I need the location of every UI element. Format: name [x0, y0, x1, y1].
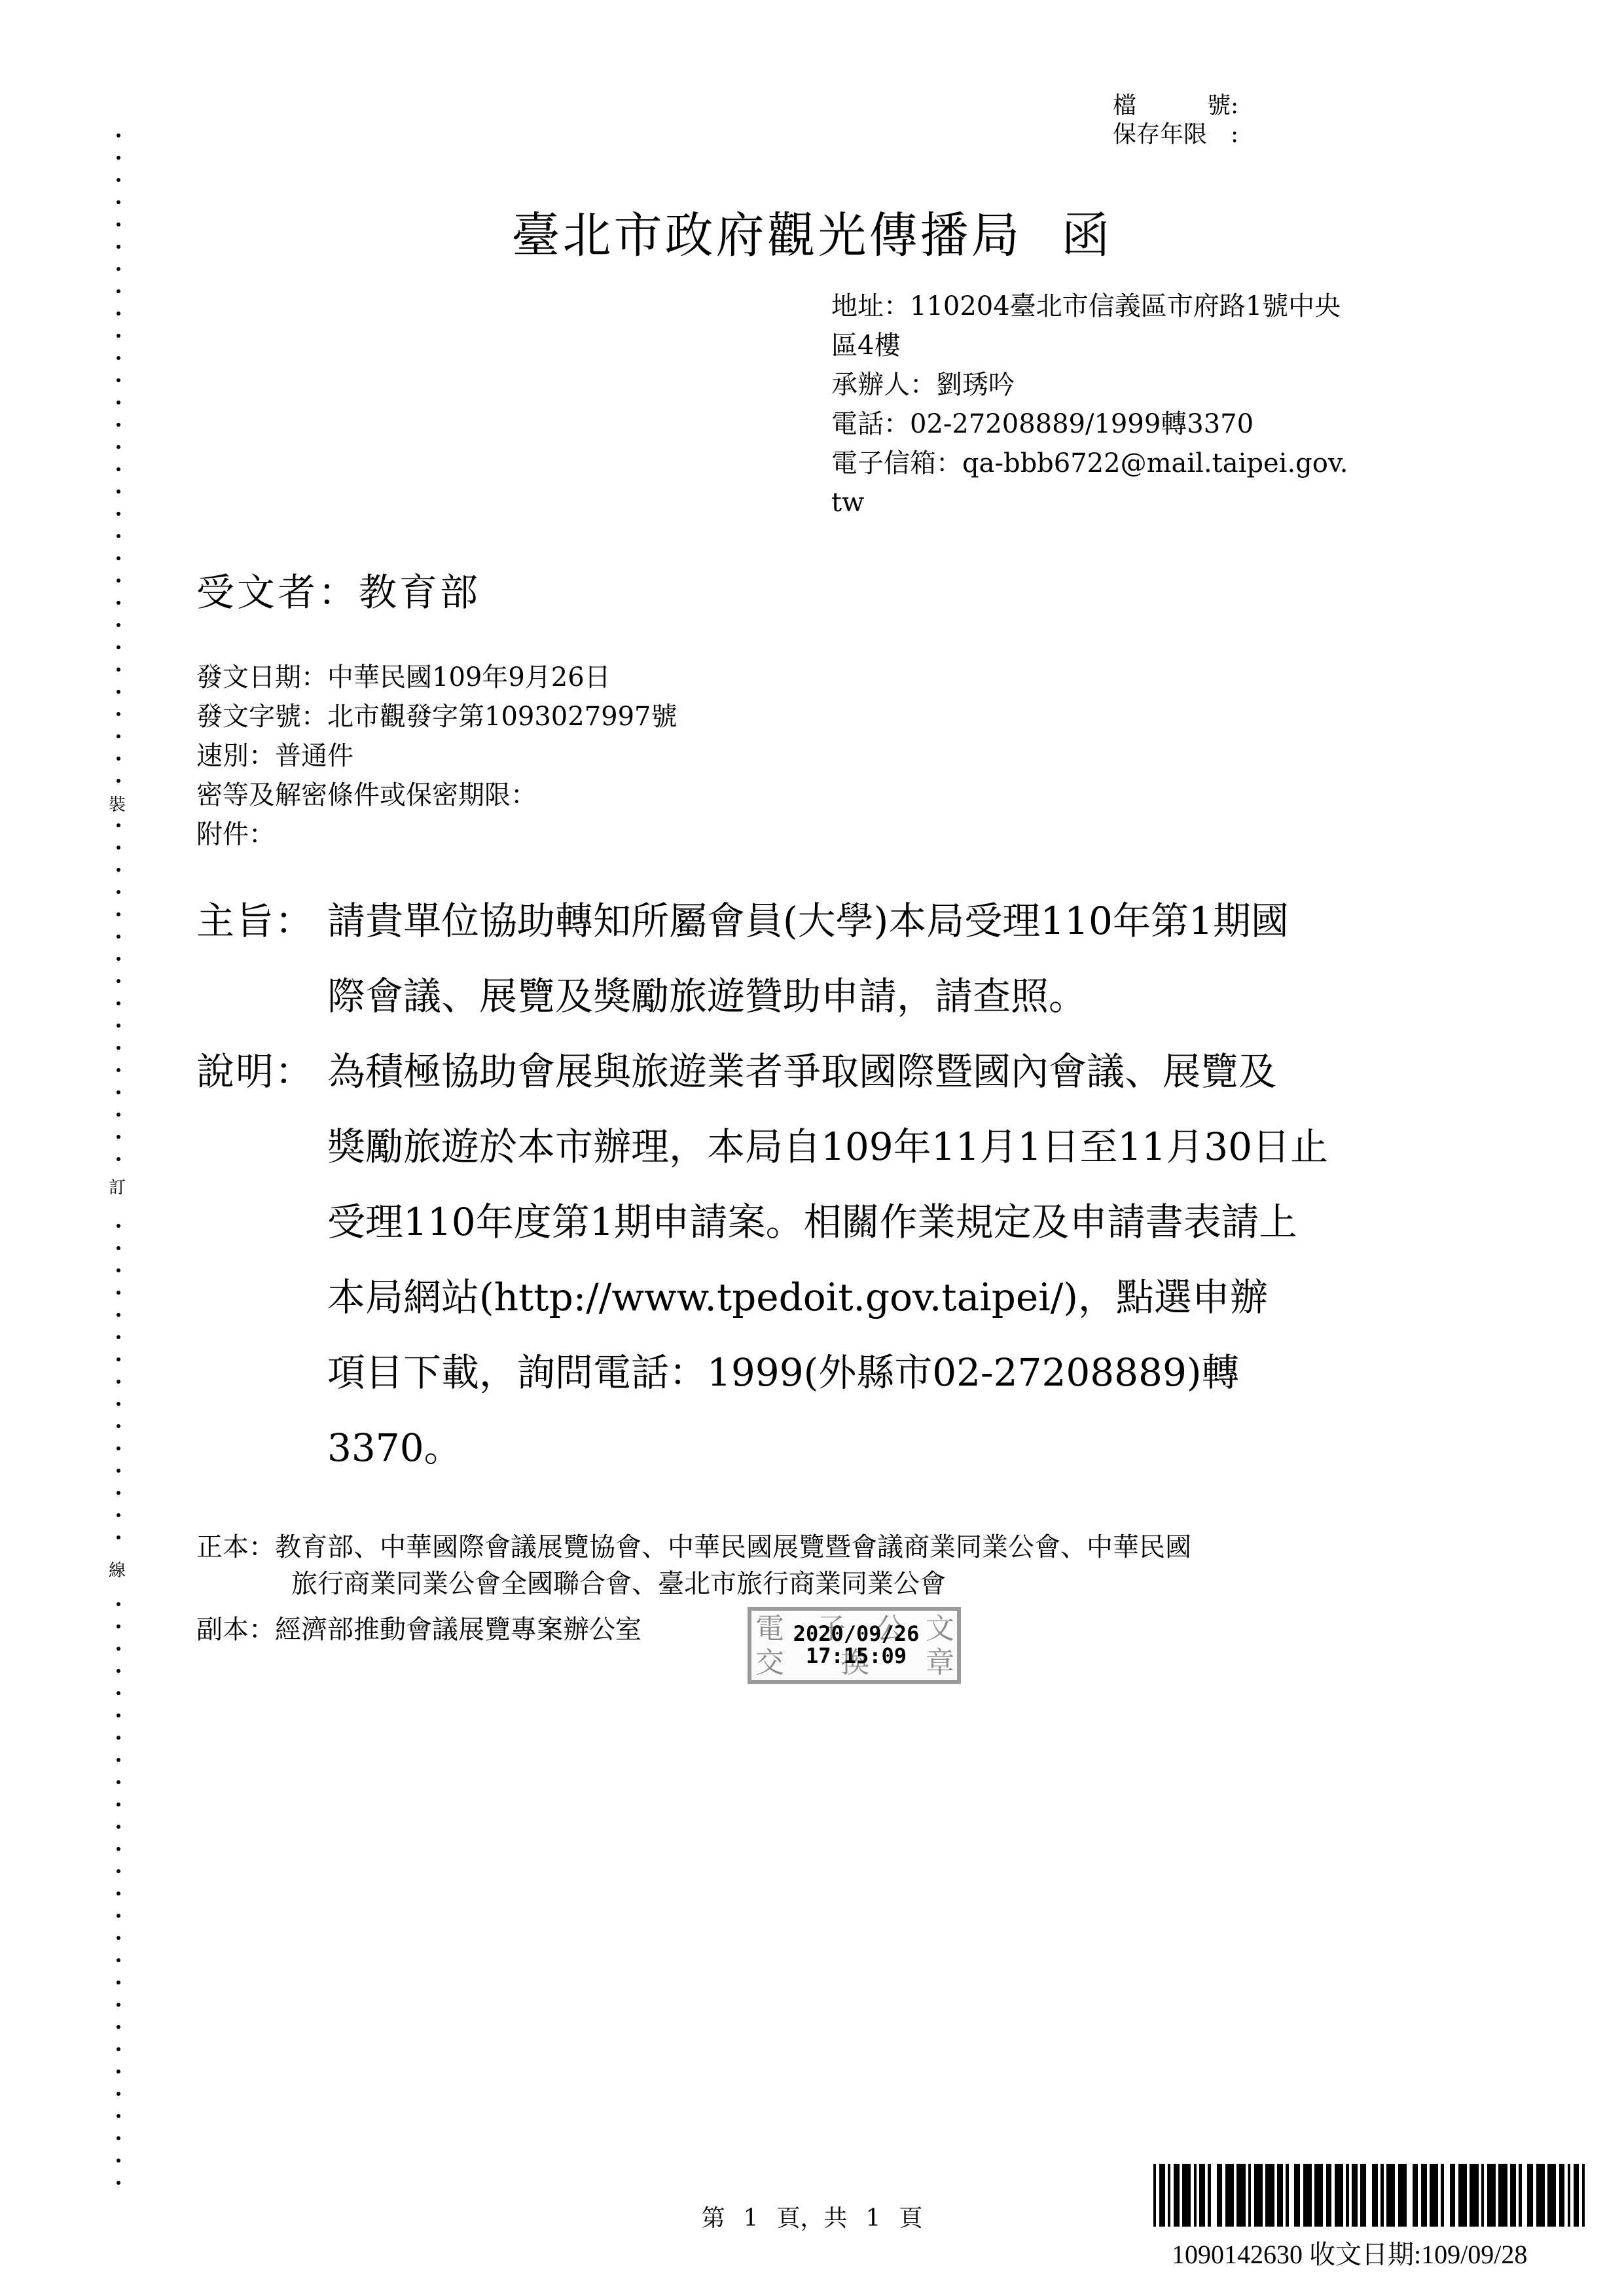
- email-line-2: tw: [831, 483, 1460, 522]
- margin-dot: [117, 512, 120, 516]
- binding-label-line: 線: [109, 1561, 126, 1581]
- margin-dot: [117, 1914, 120, 1918]
- subject-heading: 主旨：: [196, 884, 327, 959]
- classification: 密等及解密條件或保密期限：: [196, 776, 677, 815]
- stamp-timestamp: 2020/09/26 17:15:09: [778, 1623, 935, 1667]
- margin-dot: [117, 1224, 120, 1228]
- margin-dot: [117, 1647, 120, 1651]
- barcode-bar: [1182, 2164, 1191, 2227]
- barcode-space: [1289, 2164, 1295, 2227]
- margin-dot: [117, 579, 120, 583]
- barcode-bar: [1217, 2164, 1223, 2227]
- barcode-bar: [1303, 2164, 1312, 2227]
- binding-label-staple: 訂: [109, 1178, 126, 1198]
- margin-dot: [117, 1380, 120, 1384]
- margin-dot: [117, 1758, 120, 1762]
- stamp-time: 17:15:09: [778, 1645, 935, 1667]
- margin-dot: [117, 490, 120, 493]
- margin-dot: [117, 957, 120, 961]
- page-suffix: 頁: [899, 2205, 922, 2232]
- margin-dot: [117, 912, 120, 916]
- margin-dot: [117, 1357, 120, 1361]
- barcode-bar: [1450, 2164, 1456, 2227]
- margin-dot: [117, 979, 120, 983]
- margin-dot: [117, 1135, 120, 1139]
- barcode-bar: [1199, 2164, 1205, 2227]
- margin-dot: [117, 1780, 120, 1784]
- margin-dot: [117, 1291, 120, 1295]
- file-number-colon: :: [1231, 92, 1238, 120]
- agency-name: 臺北市政府觀光傳播局: [512, 207, 1022, 264]
- barcode-bar: [1574, 2164, 1579, 2227]
- original-heading: 正本：: [196, 1532, 275, 1562]
- subject-section: 主旨：請貴單位協助轉知所屬會員(大學)本局受理110年第1期國 際會議、展覽及獎…: [196, 884, 1289, 1034]
- margin-dot: [117, 2025, 120, 2029]
- margin-dot: [117, 1803, 120, 1806]
- margin-dot: [117, 1981, 120, 1984]
- binding-margin-dotted-line: [115, 131, 122, 2186]
- margin-dot: [117, 1424, 120, 1428]
- margin-dot: [117, 1402, 120, 1406]
- margin-dot: [117, 378, 120, 382]
- page-current: 1: [744, 2205, 759, 2232]
- margin-dot: [117, 601, 120, 605]
- margin-dot: [117, 1602, 120, 1606]
- margin-dot: [117, 1157, 120, 1161]
- barcode-space: [1444, 2164, 1450, 2227]
- margin-dot: [117, 1736, 120, 1740]
- margin-dot: [117, 1624, 120, 1628]
- barcode-space: [1522, 2164, 1528, 2227]
- original-recipients-line: 教育部、中華國際會議展覽協會、中華民國展覽暨會議商業同業公會、中華民國: [275, 1532, 1191, 1562]
- barcode-bar: [1470, 2164, 1478, 2227]
- margin-dot: [117, 2003, 120, 2007]
- barcode-bar: [1236, 2164, 1245, 2227]
- barcode-bar: [1559, 2164, 1565, 2227]
- margin-dot: [117, 935, 120, 939]
- copy-recipients: 經濟部推動會議展覽專案辦公室: [275, 1615, 641, 1645]
- barcode-bar: [1159, 2164, 1165, 2227]
- phone: 電話：02-27208889/1999轉3370: [831, 404, 1460, 444]
- handler: 承辦人：劉琇吟: [831, 365, 1460, 404]
- barcode-bar: [1386, 2164, 1395, 2227]
- explanation-line: 3370。: [327, 1426, 462, 1470]
- margin-dot: [117, 823, 120, 827]
- margin-dot: [117, 734, 120, 738]
- explanation-heading: 說明：: [196, 1034, 327, 1109]
- barcode-bar: [1372, 2164, 1378, 2227]
- issue-date: 發文日期：中華民國109年9月26日: [196, 658, 677, 697]
- margin-dot: [117, 1001, 120, 1005]
- explanation-line: 項目下載，詢問電話：1999(外縣市02-27208889)轉: [327, 1350, 1239, 1395]
- explanation-line: 受理110年度第1期申請案。相關作業規定及申請書表請上: [327, 1200, 1297, 1244]
- margin-dot: [117, 334, 120, 338]
- address-line-2: 區4樓: [831, 326, 1460, 365]
- margin-dot: [117, 868, 120, 872]
- margin-dot: [117, 846, 120, 850]
- barcode-bar: [1265, 2164, 1274, 2227]
- barcode-bar: [1582, 2164, 1585, 2227]
- subject-line: 際會議、展覽及獎勵旅遊贊助申請，請查照。: [327, 974, 1087, 1018]
- margin-dot: [117, 312, 120, 315]
- barcode-bar: [1174, 2164, 1180, 2227]
- margin-dot: [117, 2159, 120, 2162]
- barcode-bar: [1398, 2164, 1407, 2227]
- document-type: 函: [1062, 207, 1113, 264]
- page-prefix: 第: [702, 2205, 725, 2232]
- margin-dot: [117, 556, 120, 560]
- barcode-bar: [1547, 2164, 1556, 2227]
- page-mid: 頁，共: [776, 2205, 847, 2232]
- margin-dot: [117, 1513, 120, 1517]
- margin-dot: [117, 1669, 120, 1673]
- page-total: 1: [866, 2205, 881, 2232]
- explanation-section: 說明：為積極協助會展與旅遊業者爭取國際暨國內會議、展覽及 獎勵旅遊於本市辦理，本…: [196, 1034, 1328, 1486]
- barcode-space: [1407, 2164, 1413, 2227]
- margin-dot: [117, 289, 120, 293]
- margin-dot: [117, 1068, 120, 1072]
- document-number: 發文字號：北市觀發字第1093027997號: [196, 697, 677, 736]
- barcode-caption: 1090142630 收文日期:109/09/28: [1172, 2238, 1527, 2271]
- margin-dot: [117, 1958, 120, 1962]
- margin-dot: [117, 668, 120, 672]
- received-date: 收文日期:109/09/28: [1309, 2240, 1527, 2269]
- distribution-section: 正本：教育部、中華國際會議展覽協會、中華民國展覽暨會議商業同業公會、中華民國 旅…: [196, 1529, 1191, 1648]
- margin-dot: [117, 2070, 120, 2073]
- barcode: [1153, 2164, 1585, 2227]
- barcode-bar: [1487, 2164, 1496, 2227]
- margin-dot: [117, 712, 120, 716]
- copy-heading: 副本：: [196, 1615, 275, 1645]
- margin-dot: [117, 2092, 120, 2096]
- margin-dot: [117, 2114, 120, 2118]
- document-title: 臺北市政府觀光傳播局函: [0, 203, 1624, 268]
- margin-dot: [117, 156, 120, 160]
- margin-dot: [117, 1313, 120, 1317]
- margin-dot: [117, 690, 120, 694]
- barcode-bar: [1421, 2164, 1427, 2227]
- barcode-bar: [1225, 2164, 1234, 2227]
- margin-dot: [117, 1335, 120, 1339]
- barcode-bar: [1326, 2164, 1332, 2227]
- barcode-bar: [1498, 2164, 1507, 2227]
- barcode-bar: [1254, 2164, 1263, 2227]
- margin-dot: [117, 534, 120, 538]
- margin-dot: [117, 2181, 120, 2185]
- barcode-bar: [1360, 2164, 1366, 2227]
- margin-dot: [117, 1713, 120, 1717]
- margin-dot: [117, 1024, 120, 1028]
- file-number-label: 檔號: [1113, 92, 1231, 120]
- address-line-1: 地址：110204臺北市信義區市府路1號中央: [831, 287, 1460, 326]
- margin-dot: [117, 1535, 120, 1539]
- margin-dot: [117, 1869, 120, 1873]
- explanation-line: 為積極協助會展與旅遊業者爭取國際暨國內會議、展覽及: [327, 1049, 1276, 1094]
- margin-dot: [117, 1046, 120, 1050]
- barcode-bar: [1352, 2164, 1358, 2227]
- margin-dot: [117, 467, 120, 471]
- barcode-bar: [1510, 2164, 1516, 2227]
- urgency: 速別：普通件: [196, 736, 677, 776]
- attachments: 附件：: [196, 815, 677, 854]
- margin-dot: [117, 356, 120, 360]
- margin-dot: [117, 2136, 120, 2140]
- barcode-bar: [1277, 2164, 1283, 2227]
- margin-dot: [117, 401, 120, 404]
- margin-dot: [117, 757, 120, 761]
- barcode-bar: [1413, 2164, 1418, 2227]
- e-document-exchange-stamp: 電 子 公 文 交 換 章 2020/09/26 17:15:09: [748, 1607, 961, 1684]
- file-info-block: 檔號 : 保存年限 :: [1113, 92, 1238, 149]
- margin-dot: [117, 423, 120, 427]
- explanation-line: 本局網站(http://www.tpedoit.gov.taipei/)，點選申…: [327, 1275, 1268, 1319]
- retention-colon: :: [1231, 120, 1238, 149]
- barcode-number: 1090142630: [1172, 2240, 1303, 2269]
- margin-dot: [117, 623, 120, 627]
- margin-dot: [117, 1847, 120, 1851]
- margin-dot: [117, 1469, 120, 1473]
- margin-dot: [117, 890, 120, 894]
- retention-label: 保存年限: [1113, 120, 1231, 149]
- barcode-space: [1366, 2164, 1372, 2227]
- barcode-bar: [1430, 2164, 1438, 2227]
- margin-dot: [117, 134, 120, 137]
- original-recipients-line: 旅行商業同業公會全國聯合會、臺北市旅行商業同業公會: [291, 1569, 946, 1599]
- barcode-bar: [1335, 2164, 1343, 2227]
- barcode-bar: [1314, 2164, 1323, 2227]
- margin-dot: [117, 1090, 120, 1094]
- margin-dot: [117, 2047, 120, 2051]
- margin-dot: [117, 1892, 120, 1895]
- email-line-1: 電子信箱：qa-bbb6722@mail.taipei.gov.: [831, 444, 1460, 483]
- barcode-bar: [1527, 2164, 1533, 2227]
- barcode-bar: [1536, 2164, 1545, 2227]
- explanation-line: 獎勵旅遊於本市辦理，本局自109年11月1日至11月30日止: [327, 1124, 1328, 1169]
- recipient: 受文者：教育部: [196, 569, 480, 615]
- barcode-bar: [1294, 2164, 1300, 2227]
- margin-dot: [117, 1491, 120, 1495]
- margin-dot: [117, 1113, 120, 1117]
- margin-dot: [117, 779, 120, 783]
- margin-dot: [117, 1246, 120, 1250]
- margin-dot: [117, 1825, 120, 1829]
- margin-dot: [117, 1446, 120, 1450]
- margin-dot: [117, 1268, 120, 1272]
- margin-dot: [117, 445, 120, 449]
- subject-line: 請貴單位協助轉知所屬會員(大學)本局受理110年第1期國: [327, 899, 1289, 943]
- margin-dot: [117, 1691, 120, 1695]
- barcode-bar: [1458, 2164, 1467, 2227]
- margin-dot: [117, 645, 120, 649]
- binding-label-bind: 裝: [109, 795, 126, 815]
- barcode-space: [1211, 2164, 1217, 2227]
- margin-dot: [117, 178, 120, 182]
- contact-block: 地址：110204臺北市信義區市府路1號中央 區4樓 承辦人：劉琇吟 電話：02…: [831, 287, 1460, 522]
- document-metadata: 發文日期：中華民國109年9月26日 發文字號：北市觀發字第1093027997…: [196, 658, 677, 854]
- margin-dot: [117, 1936, 120, 1940]
- stamp-date: 2020/09/26: [778, 1623, 935, 1645]
